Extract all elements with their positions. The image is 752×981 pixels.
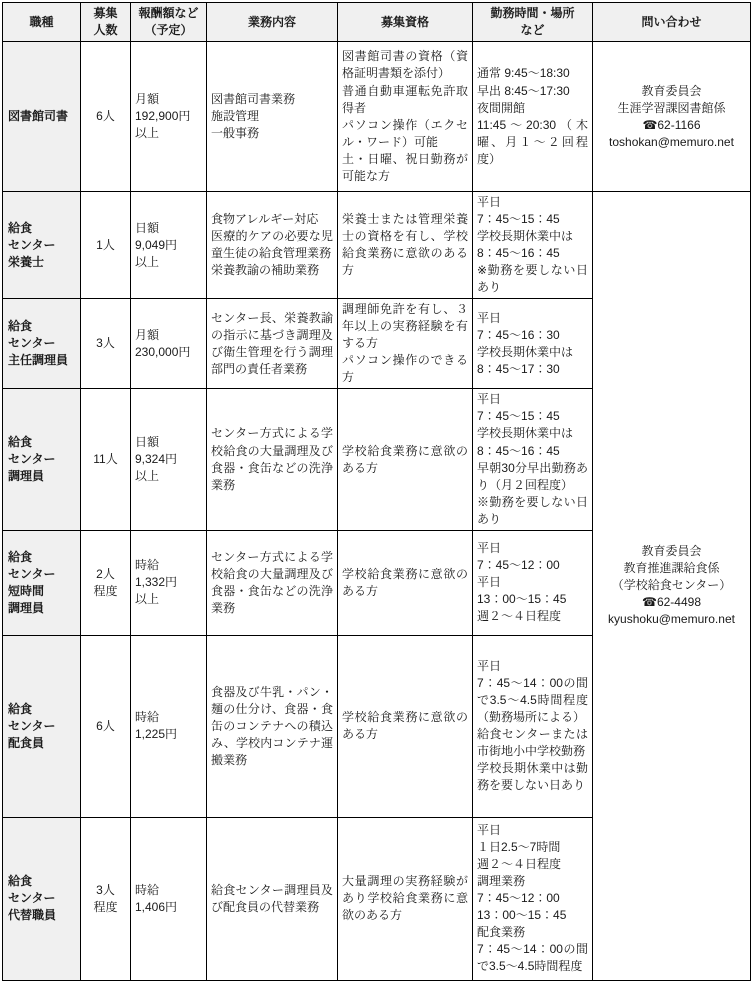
pay-cell: 日額 9,049円 以上 (131, 192, 207, 299)
job-name-cell: 給食 センター 短時間 調理員 (3, 530, 81, 635)
header-hours-location: 勤務時間・場所 など (473, 3, 593, 42)
qualifications-cell: 学校給食業務に意欲のある方 (338, 389, 473, 530)
header-pay: 報酬額など （予定） (131, 3, 207, 42)
page: 職種 募集 人数 報酬額など （予定） 業務内容 募集資格 勤務時間・場所 など… (0, 0, 752, 966)
pay-cell: 時給 1,406円 (131, 817, 207, 980)
qualifications-cell: 図書館司書の資格（資格証明書類を添付） 普通自動車運転免許取得者 パソコン操作（… (338, 42, 473, 192)
header-row: 職種 募集 人数 報酬額など （予定） 業務内容 募集資格 勤務時間・場所 など… (3, 3, 751, 42)
qualifications-cell: 調理師免許を有し、３年以上の実務経験を有する方 パソコン操作のできる方 (338, 299, 473, 389)
duties-cell: 食器及び牛乳・パン・麺の仕分け、食器・食缶のコンテナへの積込み、学校内コンテナ運… (207, 635, 338, 817)
header-contact: 問い合わせ (593, 3, 751, 42)
duties-cell: センター方式による学校給食の大量調理及び食器・食缶などの洗浄業務 (207, 530, 338, 635)
hours-cell: 平日 7：45～16：30 学校長期休業中は 8：45～17：30 (473, 299, 593, 389)
hours-cell: 平日 7：45～14：00の間で3.5～4.5時間程度（勤務場所による） 給食セ… (473, 635, 593, 817)
count-cell: 11人 (81, 389, 131, 530)
duties-cell: 図書館司書業務 施設管理 一般事務 (207, 42, 338, 192)
count-cell: 2人 程度 (81, 530, 131, 635)
qualifications-cell: 大量調理の実務経験があり学校給食業務に意欲のある方 (338, 817, 473, 980)
qualifications-cell: 栄養士または管理栄養士の資格を有し、学校給食業務に意欲のある方 (338, 192, 473, 299)
hours-cell: 平日 １日2.5～7時間 週２～４日程度 調理業務 7：45～12：00 13：… (473, 817, 593, 980)
header-positions: 募集 人数 (81, 3, 131, 42)
job-name-cell: 図書館司書 (3, 42, 81, 192)
pay-cell: 時給 1,225円 (131, 635, 207, 817)
contact-cell-kyushoku: 教育委員会 教育推進課給食係 （学校給食センター） ☎62-4498 kyush… (593, 192, 751, 981)
job-openings-table: 職種 募集 人数 報酬額など （予定） 業務内容 募集資格 勤務時間・場所 など… (2, 2, 751, 981)
hours-cell: 通常 9:45～18:30 早出 8:45～17:30 夜間開館 11:45～2… (473, 42, 593, 192)
count-cell: 6人 (81, 42, 131, 192)
job-name-cell: 給食 センター 栄養士 (3, 192, 81, 299)
header-duties: 業務内容 (207, 3, 338, 42)
duties-cell: センター方式による学校給食の大量調理及び食器・食缶などの洗浄業務 (207, 389, 338, 530)
qualifications-cell: 学校給食業務に意欲のある方 (338, 635, 473, 817)
duties-cell: センター長、栄養教諭の指示に基づき調理及び衛生管理を行う調理部門の責任者業務 (207, 299, 338, 389)
table-row-nutritionist: 給食 センター 栄養士 1人 日額 9,049円 以上 食物アレルギー対応 医療… (3, 192, 751, 299)
qualifications-cell: 学校給食業務に意欲のある方 (338, 530, 473, 635)
header-qualifications: 募集資格 (338, 3, 473, 42)
pay-cell: 日額 9,324円 以上 (131, 389, 207, 530)
pay-cell: 月額 192,900円 以上 (131, 42, 207, 192)
job-name-cell: 給食 センター 配食員 (3, 635, 81, 817)
duties-cell: 食物アレルギー対応 医療的ケアの必要な児童生徒の給食管理業務 栄養教諭の補助業務 (207, 192, 338, 299)
count-cell: 6人 (81, 635, 131, 817)
contact-cell-library: 教育委員会 生涯学習課図書館係 ☎62-1166 toshokan@memuro… (593, 42, 751, 192)
hours-cell: 平日 7：45～15：45 学校長期休業中は 8：45～16：45 早朝30分早… (473, 389, 593, 530)
count-cell: 3人 (81, 299, 131, 389)
table-row-librarian: 図書館司書 6人 月額 192,900円 以上 図書館司書業務 施設管理 一般事… (3, 42, 751, 192)
pay-cell: 時給 1,332円 以上 (131, 530, 207, 635)
job-name-cell: 給食 センター 調理員 (3, 389, 81, 530)
job-name-cell: 給食 センター 主任調理員 (3, 299, 81, 389)
job-name-cell: 給食 センター 代替職員 (3, 817, 81, 980)
hours-cell: 平日 7：45～12：00 平日 13：00～15：45 週２～４日程度 (473, 530, 593, 635)
duties-cell: 給食センター調理員及び配食員の代替業務 (207, 817, 338, 980)
count-cell: 1人 (81, 192, 131, 299)
pay-cell: 月額 230,000円 (131, 299, 207, 389)
header-job-type: 職種 (3, 3, 81, 42)
count-cell: 3人 程度 (81, 817, 131, 980)
hours-cell: 平日 7：45～15：45 学校長期休業中は 8：45～16：45 ※勤務を要し… (473, 192, 593, 299)
